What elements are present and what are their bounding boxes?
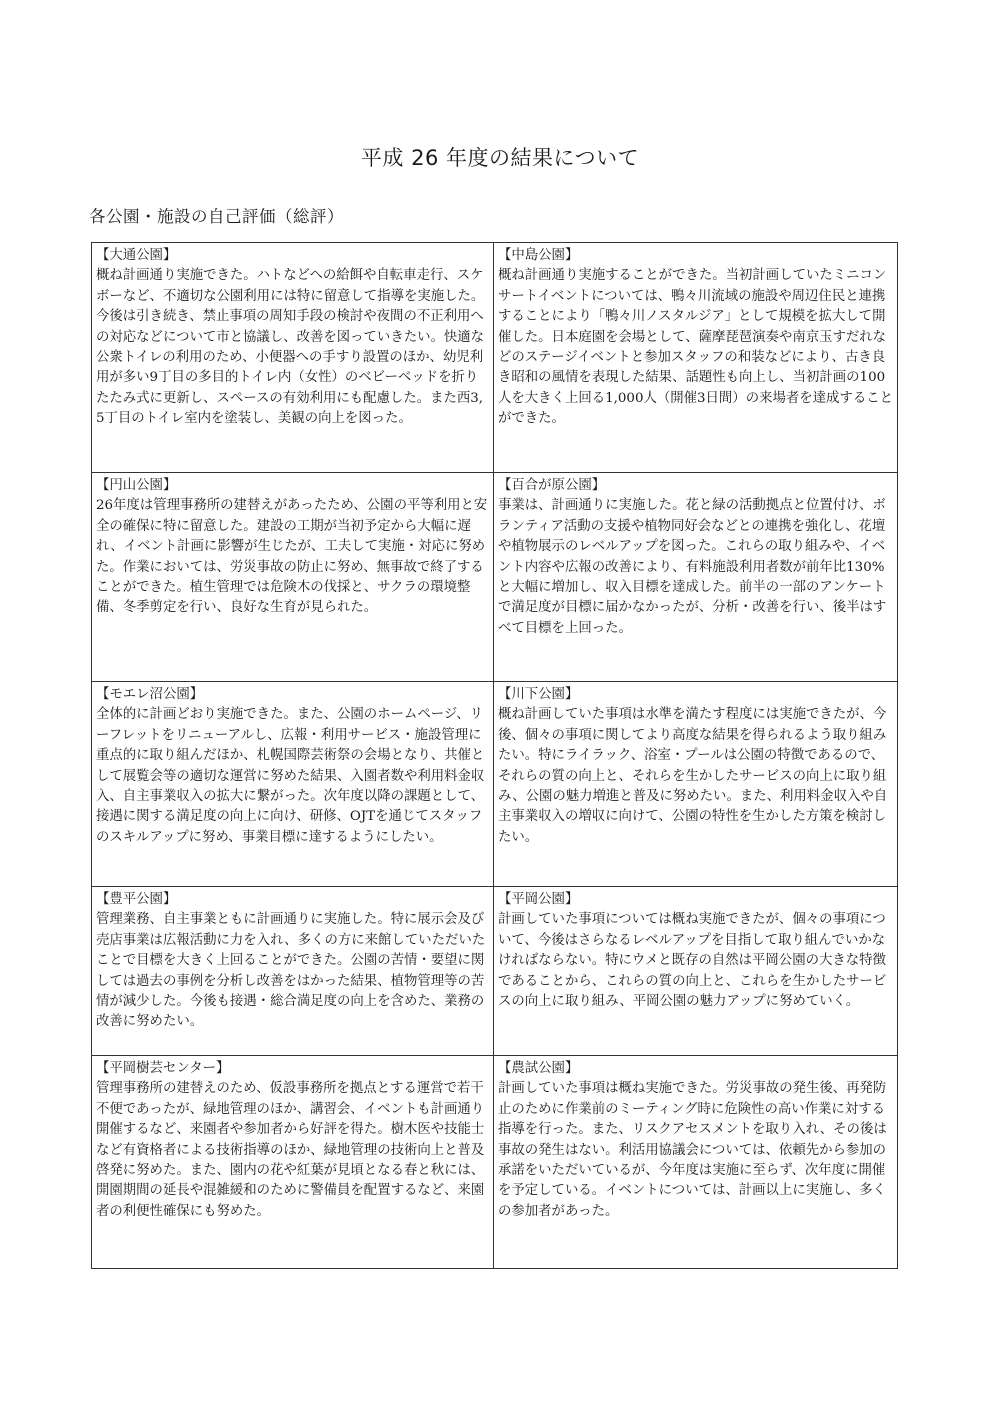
- park-evaluation-text: 計画していた事項については概ね実施できたが、個々の事項について、今後はさらなるレ…: [498, 910, 894, 1012]
- park-cell-hiraoka-jugei-center: 【平岡樹芸センター】 管理事務所の建替えのため、仮設事務所を拠点とする運営で若干…: [92, 1056, 494, 1269]
- park-cell-hiraoka: 【平岡公園】 計画していた事項については概ね実施できたが、個々の事項について、今…: [494, 887, 898, 1056]
- page-title: 平成 26 年度の結果について: [0, 142, 1000, 172]
- table-row: 【豊平公園】 管理業務、自主事業ともに計画通りに実施した。特に展示会及び売店事業…: [92, 887, 898, 1056]
- park-evaluation-text: 概ね計画通り実施できた。ハトなどへの給餌や自転車走行、スケボーなど、不適切な公園…: [96, 266, 490, 429]
- park-evaluation-text: 事業は、計画通りに実施した。花と緑の活動拠点と位置付け、ボランティア活動の支援や…: [498, 496, 894, 639]
- park-name: 【モエレ沼公園】: [96, 685, 490, 705]
- park-name: 【百合が原公園】: [498, 476, 894, 496]
- park-name: 【豊平公園】: [96, 890, 490, 910]
- park-evaluation-text: 26年度は管理事務所の建替えがあったため、公園の平等利用と安全の確保に特に留意し…: [96, 496, 490, 618]
- park-cell-noshi: 【農試公園】 計画していた事項は概ね実施できた。労災事故の発生後、再発防止のため…: [494, 1056, 898, 1269]
- table-row: 【円山公園】 26年度は管理事務所の建替えがあったため、公園の平等利用と安全の確…: [92, 473, 898, 682]
- section-heading: 各公園・施設の自己評価（総評）: [89, 203, 344, 227]
- park-name: 【中島公園】: [498, 246, 894, 266]
- park-evaluation-text: 概ね計画していた事項は水準を満たす程度には実施できたが、今後、個々の事項に関して…: [498, 705, 894, 848]
- park-evaluation-text: 管理事務所の建替えのため、仮設事務所を拠点とする運営で若干不便であったが、緑地管…: [96, 1079, 490, 1222]
- park-name: 【川下公園】: [498, 685, 894, 705]
- park-name: 【円山公園】: [96, 476, 490, 496]
- park-name: 【大通公園】: [96, 246, 490, 266]
- table-row: 【モエレ沼公園】 全体的に計画どおり実施できた。また、公園のホームページ、リーフ…: [92, 682, 898, 887]
- park-evaluation-text: 全体的に計画どおり実施できた。また、公園のホームページ、リーフレットをリニューア…: [96, 705, 490, 848]
- park-name: 【農試公園】: [498, 1059, 894, 1079]
- evaluation-table: 【大通公園】 概ね計画通り実施できた。ハトなどへの給餌や自転車走行、スケボーなど…: [91, 242, 898, 1269]
- park-cell-yurigahara: 【百合が原公園】 事業は、計画通りに実施した。花と緑の活動拠点と位置付け、ボラン…: [494, 473, 898, 682]
- park-evaluation-text: 管理業務、自主事業ともに計画通りに実施した。特に展示会及び売店事業は広報活動に力…: [96, 910, 490, 1032]
- table-row: 【大通公園】 概ね計画通り実施できた。ハトなどへの給餌や自転車走行、スケボーなど…: [92, 243, 898, 473]
- park-name: 【平岡樹芸センター】: [96, 1059, 490, 1079]
- park-cell-moerenuma: 【モエレ沼公園】 全体的に計画どおり実施できた。また、公園のホームページ、リーフ…: [92, 682, 494, 887]
- park-cell-odori: 【大通公園】 概ね計画通り実施できた。ハトなどへの給餌や自転車走行、スケボーなど…: [92, 243, 494, 473]
- park-cell-nakajima: 【中島公園】 概ね計画通り実施することができた。当初計画していたミニコンサートイ…: [494, 243, 898, 473]
- park-evaluation-text: 計画していた事項は概ね実施できた。労災事故の発生後、再発防止のために作業前のミー…: [498, 1079, 894, 1222]
- park-cell-toyohira: 【豊平公園】 管理業務、自主事業ともに計画通りに実施した。特に展示会及び売店事業…: [92, 887, 494, 1056]
- table-row: 【平岡樹芸センター】 管理事務所の建替えのため、仮設事務所を拠点とする運営で若干…: [92, 1056, 898, 1269]
- park-cell-maruyama: 【円山公園】 26年度は管理事務所の建替えがあったため、公園の平等利用と安全の確…: [92, 473, 494, 682]
- park-cell-kawashimo: 【川下公園】 概ね計画していた事項は水準を満たす程度には実施できたが、今後、個々…: [494, 682, 898, 887]
- park-evaluation-text: 概ね計画通り実施することができた。当初計画していたミニコンサートイベントについて…: [498, 266, 894, 429]
- park-name: 【平岡公園】: [498, 890, 894, 910]
